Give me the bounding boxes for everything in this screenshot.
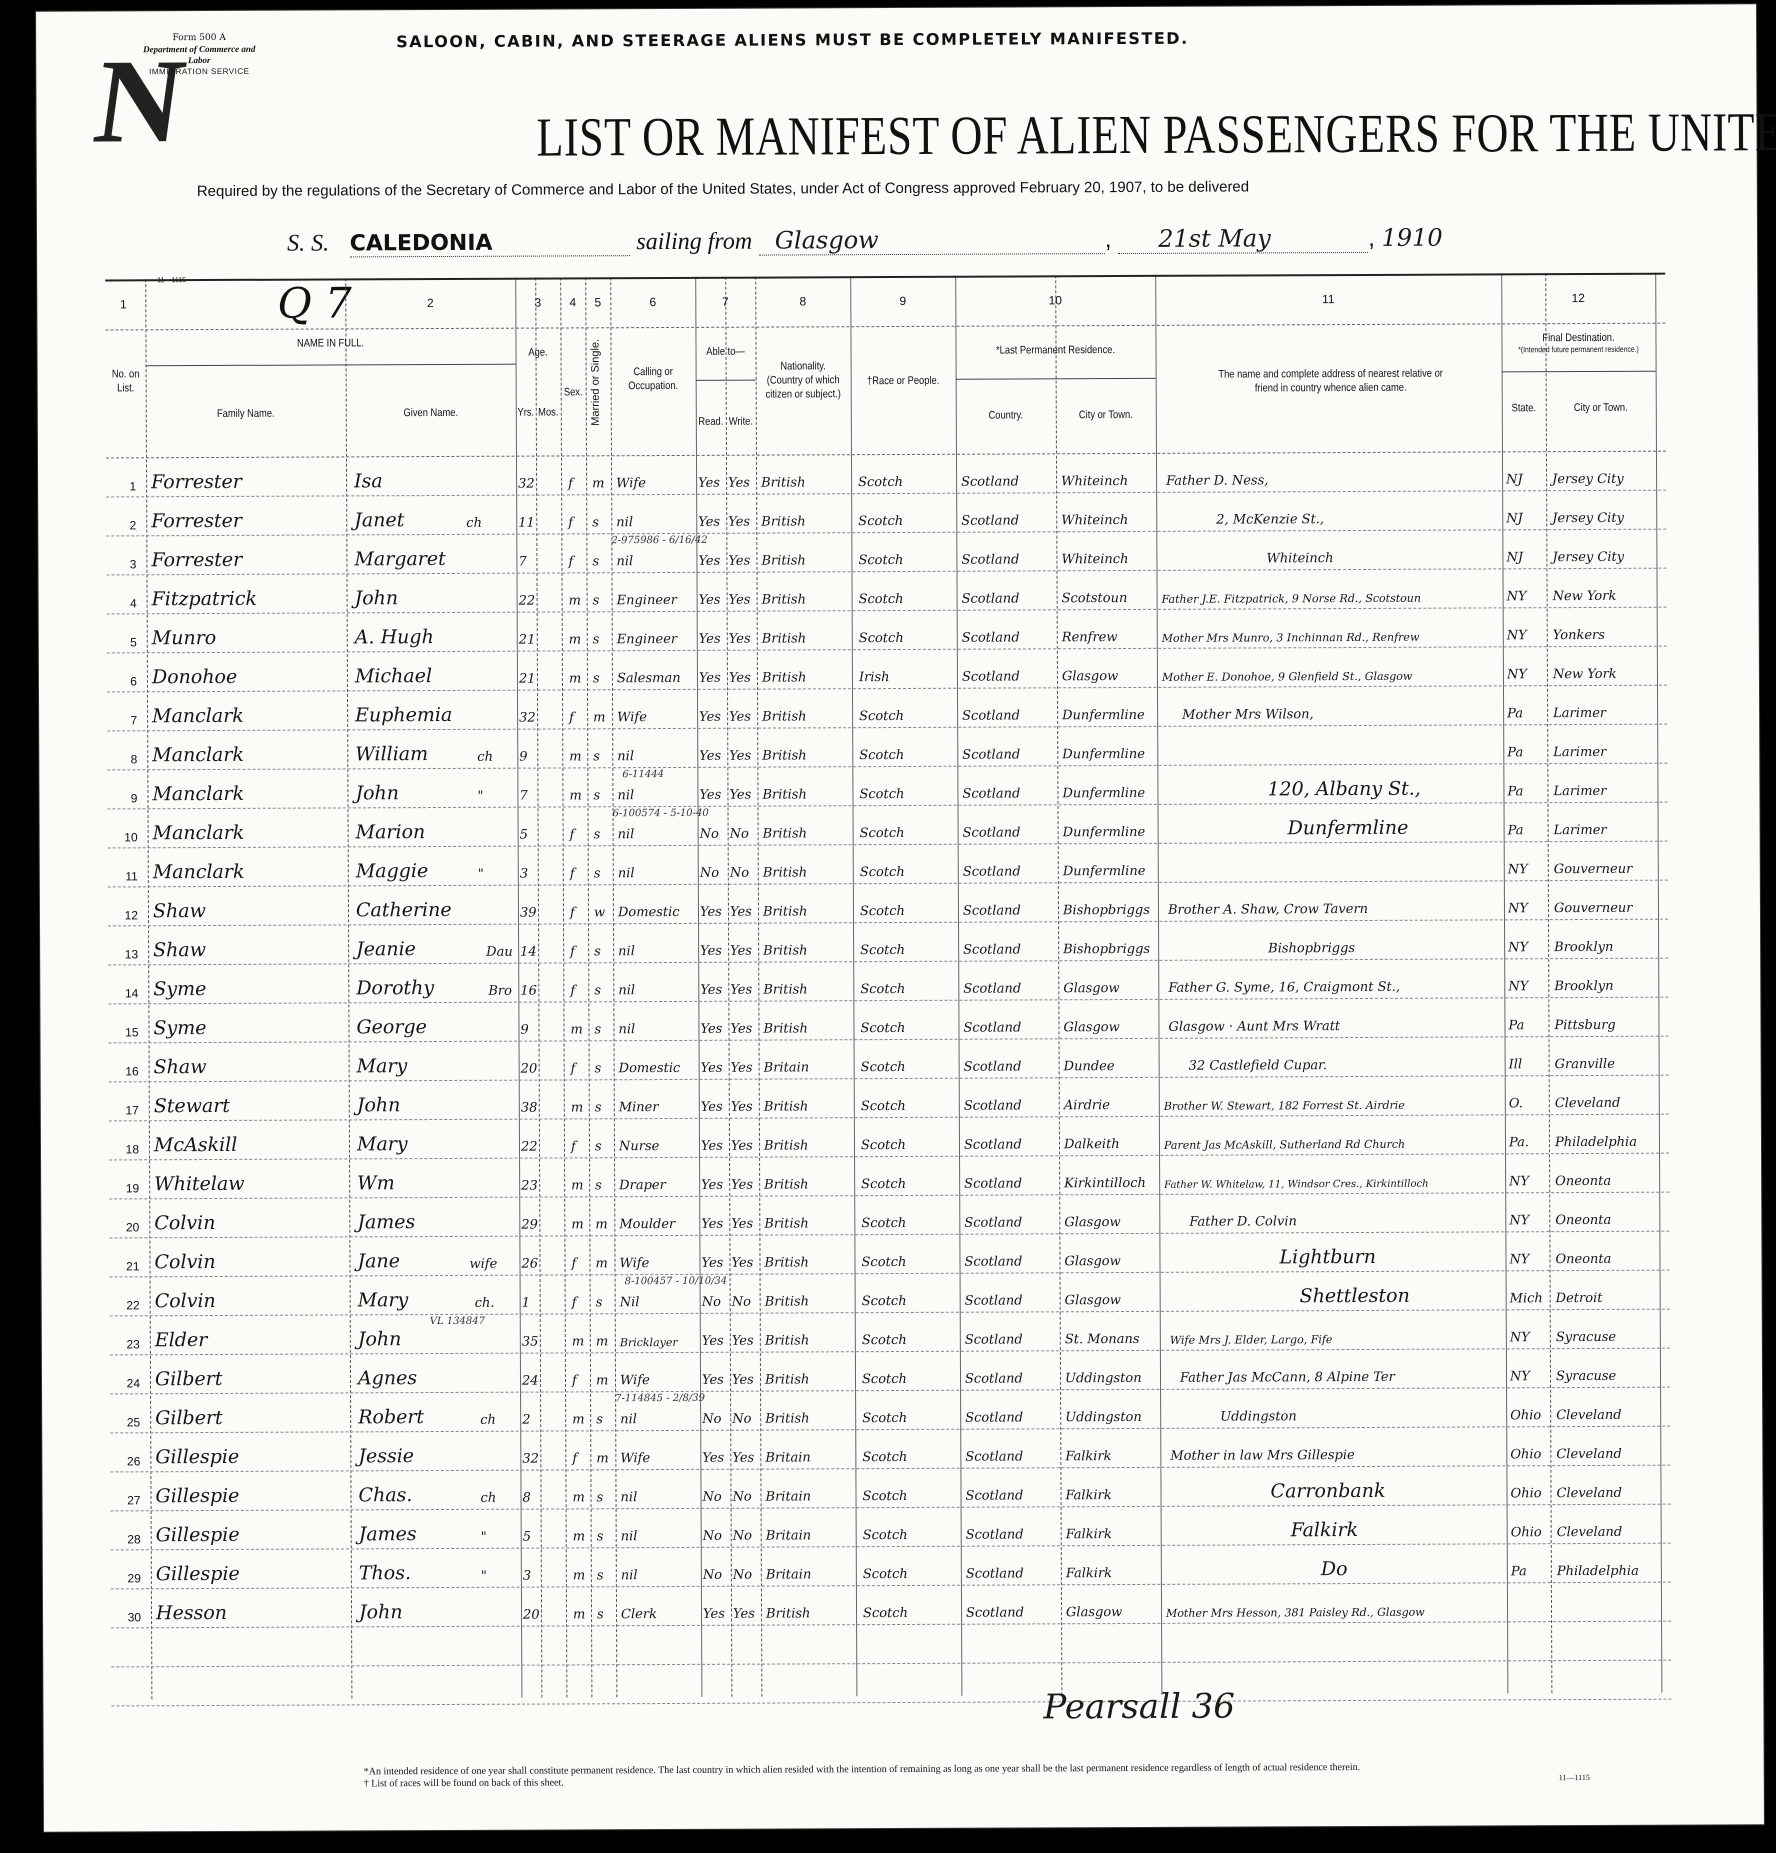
can-read: Yes [700,983,722,998]
destination-city: Larimer [1554,823,1607,838]
given-name: Agnes [358,1367,417,1389]
family-name: Elder [155,1329,208,1351]
given-name: Marion [356,821,426,843]
given-name: James [357,1211,415,1233]
ship-line: S. S. CALEDONIA sailing from Glasgow, 21… [287,224,1443,258]
can-write: Yes [732,1334,754,1349]
nationality: British [764,1099,808,1114]
destination-state: NY [1508,979,1528,994]
nationality: British [763,865,807,880]
age: 8 [522,1491,530,1506]
destination-city: Syracuse [1556,1369,1616,1384]
nearest-relative: Father W. Whitelaw, 11, Windsor Cres., K… [1164,1179,1428,1191]
age: 14 [520,945,537,960]
nearest-relative: Shettleston [1300,1285,1410,1307]
occupation: nil [618,983,635,998]
nationality: British [764,1177,808,1192]
family-name: Colvin [155,1290,216,1312]
age: 22 [519,594,536,609]
family-name: Shaw [153,939,206,961]
occupation: Domestic [618,905,680,920]
residence-country: Scotland [961,552,1019,567]
age: 35 [522,1335,539,1350]
can-write: Yes [729,671,751,686]
race: Scotch [862,1489,907,1504]
nationality: British [762,592,806,607]
header-final-destination-note: *(Intended future permanent residence.) [1513,345,1644,355]
given-name: George [356,1016,426,1038]
destination-state: NJ [1506,472,1523,487]
can-read: Yes [701,1061,723,1076]
nationality: Britain [766,1528,812,1543]
age: 7 [519,789,527,804]
nearest-relative: Do [1321,1558,1348,1580]
nationality: British [762,670,806,685]
nationality: British [762,631,806,646]
destination-state: NY [1510,1330,1530,1345]
marital-status: s [594,866,601,881]
marital-status: m [593,710,605,725]
header-read: Read. [698,415,724,429]
row-number: 12 [108,908,138,922]
nearest-relative: Mother Mrs Wilson, [1182,707,1314,723]
nationality: Britain [765,1489,811,1504]
destination-city: Cleveland [1556,1486,1622,1501]
residence-city: Glasgow [1064,1215,1120,1230]
family-name: Forrester [151,471,242,493]
header-yrs: Yrs. [517,406,534,420]
occupation: Salesman [617,671,681,686]
occupation: Moulder [619,1217,675,1232]
relation-note: ch [480,1491,496,1506]
occupation: Nil [620,1295,640,1310]
nearest-relative: Mother Mrs Hesson, 381 Paisley Rd., Glas… [1166,1606,1425,1620]
can-write: Yes [732,1373,754,1388]
family-name: Gillespie [156,1524,240,1546]
residence-country: Scotland [964,1098,1022,1113]
destination-state: NY [1509,1213,1529,1228]
marital-status: m [596,1451,608,1466]
sex: m [569,593,581,608]
nearest-relative: Father D. Colvin [1189,1214,1297,1229]
can-write: Yes [731,1256,753,1271]
margin-annotation: 2-975986 - 6/16/42 [611,535,707,546]
age: 32 [522,1452,539,1467]
family-name: Hesson [156,1602,227,1624]
can-read: Yes [702,1373,724,1388]
residence-country: Scotland [965,1449,1023,1464]
can-write: No [732,1412,751,1427]
age: 32 [519,711,536,726]
header-sex: Sex. [563,385,584,399]
relation-note: " [478,867,484,882]
can-read: No [702,1295,721,1310]
family-name: Gillespie [155,1446,239,1468]
header-able-to: Able to— [700,345,751,359]
destination-city: Detroit [1556,1291,1603,1306]
col-num: 4 [560,295,585,309]
destination-state: NY [1510,1369,1530,1384]
residence-country: Scotland [962,591,1020,606]
given-name: James [359,1523,417,1545]
given-name: John [355,782,399,804]
given-name: William [355,743,428,765]
residence-city: Kirkintilloch [1064,1176,1146,1191]
row-number: 22 [110,1298,140,1312]
age: 20 [523,1608,540,1623]
age: 22 [521,1140,538,1155]
given-name: John [358,1328,402,1350]
age: 11 [518,516,535,531]
sex: m [569,788,581,803]
can-read: No [700,827,719,842]
given-name: Chas. [358,1484,412,1506]
can-write: No [733,1529,752,1544]
col-num: 9 [850,294,955,308]
residence-country: Scotland [964,1215,1022,1230]
occupation: Wife [619,1256,649,1271]
race: Scotch [858,475,903,490]
sex: f [569,710,574,725]
header-nationality: Nationality. (Country of which citizen o… [763,359,844,401]
can-read: Yes [698,515,720,530]
residence-city: Dunfermline [1063,825,1146,840]
occupation: Engineer [617,593,677,608]
destination-city: Brooklyn [1554,979,1613,994]
family-name: Shaw [153,900,206,922]
race: Scotch [862,1372,907,1387]
residence-city: Whiteinch [1061,552,1128,567]
regulation-subtitle: Required by the regulations of the Secre… [197,178,1249,200]
residence-country: Scotland [962,630,1020,645]
header-family-name: Family Name. [161,406,331,421]
residence-country: Scotland [962,747,1020,762]
destination-city: Cleveland [1556,1408,1622,1423]
race: Scotch [861,1177,906,1192]
occupation: Bricklayer [620,1336,678,1349]
row-number: 4 [107,596,137,610]
nationality: Britain [765,1450,811,1465]
destination-state: Pa [1508,1018,1524,1033]
can-read: No [703,1529,722,1544]
can-read: Yes [701,1256,723,1271]
row-number: 17 [109,1103,139,1117]
family-name: Manclark [152,705,244,727]
residence-country: Scotland [965,1332,1023,1347]
nearest-relative: Mother in law Mrs Gillespie [1170,1448,1354,1464]
residence-country: Scotland [961,474,1019,489]
marital-status: s [593,749,600,764]
given-name: Mary [357,1133,408,1155]
residence-city: Bishopbriggs [1063,903,1150,918]
relation-note: ch [477,750,493,765]
destination-state: Mich [1510,1291,1543,1306]
given-name: John [355,587,399,609]
destination-city: Oneonta [1555,1252,1611,1267]
can-read: Yes [699,788,721,803]
can-write: Yes [731,1100,753,1115]
occupation: Wife [620,1451,650,1466]
sex: f [571,1256,576,1271]
age: 7 [518,555,526,570]
row-number: 21 [109,1259,139,1273]
col-num: 7 [695,295,755,309]
sex: m [571,1217,583,1232]
destination-city: New York [1553,667,1617,682]
given-name: Jeanie [356,938,416,960]
race: Scotch [860,982,905,997]
col-num: 11 [1155,291,1501,307]
marital-status: s [594,983,601,998]
destination-city: Gouverneur [1554,901,1633,916]
nearest-relative: Carronbank [1270,1480,1385,1503]
residence-country: Scotland [965,1410,1023,1425]
row-number: 3 [106,557,136,571]
residence-city: Falkirk [1066,1566,1112,1581]
ss-label: S. S. [287,230,329,256]
age: 38 [521,1101,538,1116]
destination-city: Larimer [1553,784,1606,799]
nearest-relative: Falkirk [1291,1519,1359,1541]
header-country: Country. [963,408,1048,422]
nearest-relative: Father G. Syme, 16, Craigmont St., [1168,980,1400,996]
inspector-signature: Pearsall 36 [1043,1687,1235,1728]
can-write: Yes [729,749,751,764]
age: 5 [523,1530,531,1545]
can-write: No [732,1490,751,1505]
nationality: British [762,787,806,802]
footnotes: *An intended residence of one year shall… [364,1762,1361,1790]
given-name: Isa [354,470,383,492]
race: Scotch [861,1138,906,1153]
can-read: Yes [699,671,721,686]
residence-city: Bishopbriggs [1063,942,1150,957]
residence-country: Scotland [962,786,1020,801]
relation-note: " [481,1530,487,1545]
occupation: nil [618,827,635,842]
residence-city: Dunfermline [1062,708,1145,723]
residence-country: Scotland [963,903,1021,918]
nearest-relative: Glasgow · Aunt Mrs Wratt [1168,1019,1340,1035]
nearest-relative: 2, McKenzie St., [1216,512,1324,527]
marital-status: s [593,671,600,686]
header-last-residence: *Last Permanent Residence. [970,343,1140,358]
nearest-relative: Dunfermline [1288,817,1409,840]
departure-year: 1910 [1381,224,1442,252]
header-race: †Race or People. [859,374,948,388]
family-name: Manclark [152,783,244,805]
residence-country: Scotland [964,1059,1022,1074]
nationality: British [763,943,807,958]
marital-status: s [592,515,599,530]
can-write: Yes [730,983,752,998]
age: 3 [523,1569,531,1584]
destination-state: Ohio [1510,1408,1541,1423]
destination-city: Oneonta [1555,1174,1611,1189]
race: Scotch [862,1411,907,1426]
destination-city: Larimer [1553,745,1606,760]
family-name: Gilbert [155,1407,223,1429]
row-number: 14 [108,986,138,1000]
marital-status: w [594,905,605,920]
residence-country: Scotland [963,825,1021,840]
can-write: Yes [729,593,751,608]
sex: f [572,1451,577,1466]
row-number: 13 [108,947,138,961]
race: Scotch [861,1216,906,1231]
occupation: Domestic [619,1061,681,1076]
family-name: Colvin [154,1251,215,1273]
marital-status: m [595,1256,607,1271]
sex: m [569,632,581,647]
race: Scotch [862,1294,907,1309]
row-number: 15 [108,1025,138,1039]
nearest-relative: Brother A. Shaw, Crow Tavern [1168,902,1368,918]
destination-state: Pa [1507,784,1523,799]
nationality: British [766,1606,810,1621]
residence-country: Scotland [964,1137,1022,1152]
given-name: Jane [357,1250,400,1272]
destination-city: Yonkers [1553,628,1605,643]
row-number: 7 [107,713,137,727]
row-number: 1 [106,479,136,493]
can-write: No [730,827,749,842]
age: 23 [521,1179,538,1194]
race: Scotch [859,592,904,607]
family-name: Whitelaw [154,1173,244,1195]
age: 32 [518,477,535,492]
residence-country: Scotland [966,1605,1024,1620]
row-number: 6 [107,674,137,688]
can-write: Yes [728,515,750,530]
residence-city: Uddingston [1065,1410,1142,1425]
nearest-relative: Mother Mrs Munro, 3 Inchinnan Rd., Renfr… [1162,631,1420,645]
given-name: John [359,1601,403,1623]
header-given-name: Given Name. [359,406,504,421]
marital-status: s [593,632,600,647]
occupation: nil [621,1529,638,1544]
marital-status: s [594,944,601,959]
given-name: Jessie [358,1445,414,1467]
col-num: 12 [1501,291,1655,306]
occupation: Clerk [621,1607,657,1622]
can-write: Yes [728,554,750,569]
marital-status: m [592,476,604,491]
nationality: British [762,709,806,724]
occupation: nil [621,1568,638,1583]
given-name: Thos. [359,1562,411,1584]
destination-city: Jersey City [1552,511,1624,526]
residence-country: Scotland [965,1371,1023,1386]
col-num: 2 [345,296,515,311]
marital-status: s [595,1178,602,1193]
destination-city: Larimer [1553,706,1606,721]
destination-state: NY [1508,862,1528,877]
nearest-relative: 120, Albany St., [1267,778,1420,801]
family-name: Syme [153,1017,206,1039]
row-number: 24 [110,1376,140,1390]
relation-note: VL 134847 [430,1316,485,1327]
family-name: Fitzpatrick [152,588,257,610]
relation-note: wife [469,1257,497,1272]
residence-city: Glasgow [1064,1254,1120,1269]
table-row-empty [111,1660,1671,1707]
residence-city: Dunfermline [1062,786,1145,801]
nearest-relative: Parent Jas McAskill, Sutherland Rd Churc… [1164,1138,1405,1152]
occupation: Wife [617,710,647,725]
row-number: 11 [108,869,138,883]
age: 21 [519,633,536,648]
header-city-town: City or Town. [1063,408,1148,422]
col-num: 1 [113,297,133,311]
race: Scotch [861,1099,906,1114]
destination-city: Gouverneur [1554,862,1633,877]
residence-country: Scotland [962,708,1020,723]
marital-status: s [593,788,600,803]
occupation: nil [617,749,634,764]
nearest-relative: Mother E. Donohoe, 9 Glenfield St., Glas… [1162,670,1412,684]
age: 2 [522,1413,530,1428]
header-mos: Mos. [538,405,559,419]
residence-city: Dunfermline [1062,747,1145,762]
sex: f [572,1295,577,1310]
can-write: No [732,1295,751,1310]
race: Scotch [863,1528,908,1543]
occupation: Wife [616,476,646,491]
nationality: British [765,1411,809,1426]
nearest-relative: 32 Castlefield Cupar. [1189,1058,1327,1074]
header-married-single: Married or Single. [588,332,602,432]
destination-state: Ohio [1510,1486,1541,1501]
given-name: Janet [354,509,404,531]
nationality: British [763,904,807,919]
family-name: McAskill [154,1134,237,1156]
col-num: 5 [585,295,610,309]
marital-status: s [597,1568,604,1583]
residence-city: Glasgow [1063,981,1119,996]
can-read: Yes [701,1178,723,1193]
occupation: Nurse [619,1139,659,1154]
header-write: Write. [728,415,754,429]
family-name: Stewart [154,1095,230,1117]
can-read: Yes [699,749,721,764]
can-write: Yes [729,632,751,647]
sex: f [568,554,573,569]
family-name: Manclark [153,861,245,883]
family-name: Manclark [152,744,244,766]
race: Scotch [863,1606,908,1621]
destination-state: O. [1509,1096,1523,1111]
family-name: Gillespie [156,1563,240,1585]
marital-status: s [595,1061,602,1076]
nearest-relative: Uddingston [1220,1409,1297,1424]
row-number: 16 [109,1064,139,1078]
destination-state: NY [1508,940,1528,955]
destination-city: Cleveland [1557,1525,1623,1540]
margin-annotation: 8-100457 - 10/10/34 [625,1276,728,1287]
nationality: British [761,514,805,529]
sex: f [568,476,573,491]
can-write: Yes [731,1139,753,1154]
service-name: IMMIGRATION SERVICE [134,66,264,78]
race: Scotch [862,1450,907,1465]
residence-city: Dunfermline [1063,864,1146,879]
sex: m [569,671,581,686]
age: 1 [522,1296,530,1311]
family-name: Manclark [153,822,245,844]
can-read: Yes [702,1334,724,1349]
occupation: Draper [619,1178,666,1193]
